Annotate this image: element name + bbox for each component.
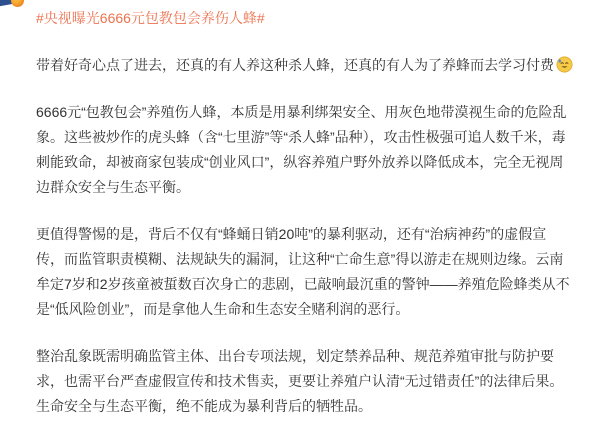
post-intro-text: 带着好奇心点了进去，还真的有人养这种杀人蜂，还真的有人为了养蜂而去学习付费 bbox=[36, 57, 554, 73]
post-paragraph-2: 更值得警惕的是，背后不仅有“蜂蛹日销20吨”的暴利驱动，还有“治病神药”的虚假宣… bbox=[36, 222, 573, 322]
hashtag-row: #央视曝光6666元包教包会养伤人蜂# bbox=[36, 6, 573, 31]
tearful-smile-emoji bbox=[556, 56, 573, 73]
post-body: #央视曝光6666元包教包会养伤人蜂# 带着好奇心点了进去，还真的有人养这种杀人… bbox=[0, 0, 594, 419]
post-intro-paragraph: 带着好奇心点了进去，还真的有人养这种杀人蜂，还真的有人为了养蜂而去学习付费 bbox=[36, 53, 573, 78]
hashtag-link[interactable]: #央视曝光6666元包教包会养伤人蜂# bbox=[36, 6, 265, 31]
post-paragraph-1: 6666元“包教包会”养殖伤人蜂，本质是用暴利绑架安全、用灰色地带漠视生命的危险… bbox=[36, 100, 573, 200]
post-paragraph-3: 整治乱象既需明确监管主体、出台专项法规，划定禁养品种、规范养殖审批与防护要求，也… bbox=[36, 344, 573, 419]
